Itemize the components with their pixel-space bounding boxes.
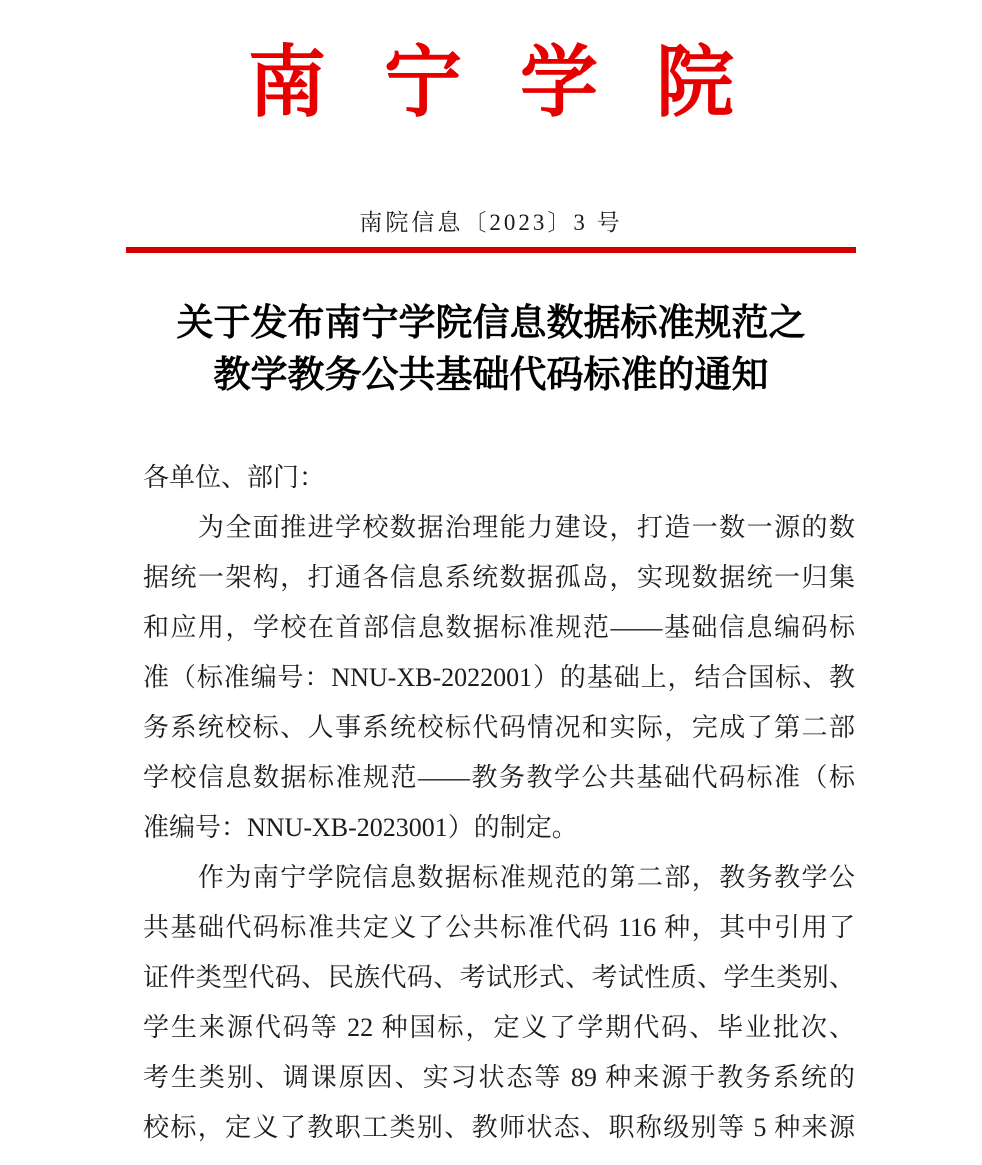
- body-line: 考生类别、调课原因、实习状态等 89 种来源于教务系统的: [143, 1053, 855, 1103]
- document-body: 各单位、部门： 为全面推进学校数据治理能力建设，打造一数一源的数 据统一架构，打…: [143, 453, 855, 1153]
- body-line: 据统一架构，打通各信息系统数据孤岛，实现数据统一归集: [143, 553, 855, 603]
- paragraph-1: 为全面推进学校数据治理能力建设，打造一数一源的数 据统一架构，打通各信息系统数据…: [143, 503, 855, 853]
- body-line: 准（标准编号：NNU-XB-2022001）的基础上，结合国标、教: [143, 653, 855, 703]
- body-line: 校标，定义了教职工类别、教师状态、职称级别等 5 种来源: [143, 1103, 855, 1153]
- body-line: 共基础代码标准共定义了公共标准代码 116 种，其中引用了: [143, 903, 855, 953]
- red-divider-line: [126, 247, 856, 253]
- document-title: 关于发布南宁学院信息数据标准规范之 教学教务公共基础代码标准的通知: [0, 298, 982, 402]
- body-line: 和应用，学校在首部信息数据标准规范——基础信息编码标: [143, 603, 855, 653]
- document-title-line-2: 教学教务公共基础代码标准的通知: [0, 350, 982, 402]
- body-line: 为全面推进学校数据治理能力建设，打造一数一源的数: [143, 503, 855, 553]
- document-number: 南院信息〔2023〕3 号: [0, 208, 982, 238]
- body-line: 务系统校标、人事系统校标代码情况和实际，完成了第二部: [143, 703, 855, 753]
- body-line: 证件类型代码、民族代码、考试形式、考试性质、学生类别、: [143, 953, 855, 1003]
- paragraph-2: 作为南宁学院信息数据标准规范的第二部，教务教学公 共基础代码标准共定义了公共标准…: [143, 853, 855, 1153]
- salutation: 各单位、部门：: [143, 453, 855, 503]
- body-line: 学生来源代码等 22 种国标，定义了学期代码、毕业批次、: [143, 1003, 855, 1053]
- university-name-heading: 南宁学院: [0, 0, 982, 122]
- body-line: 准编号：NNU-XB-2023001）的制定。: [143, 803, 855, 853]
- document-title-line-1: 关于发布南宁学院信息数据标准规范之: [0, 298, 982, 350]
- document-page: 南宁学院 南院信息〔2023〕3 号 关于发布南宁学院信息数据标准规范之 教学教…: [0, 0, 982, 1165]
- body-line: 作为南宁学院信息数据标准规范的第二部，教务教学公: [143, 853, 855, 903]
- body-line: 学校信息数据标准规范——教务教学公共基础代码标准（标: [143, 753, 855, 803]
